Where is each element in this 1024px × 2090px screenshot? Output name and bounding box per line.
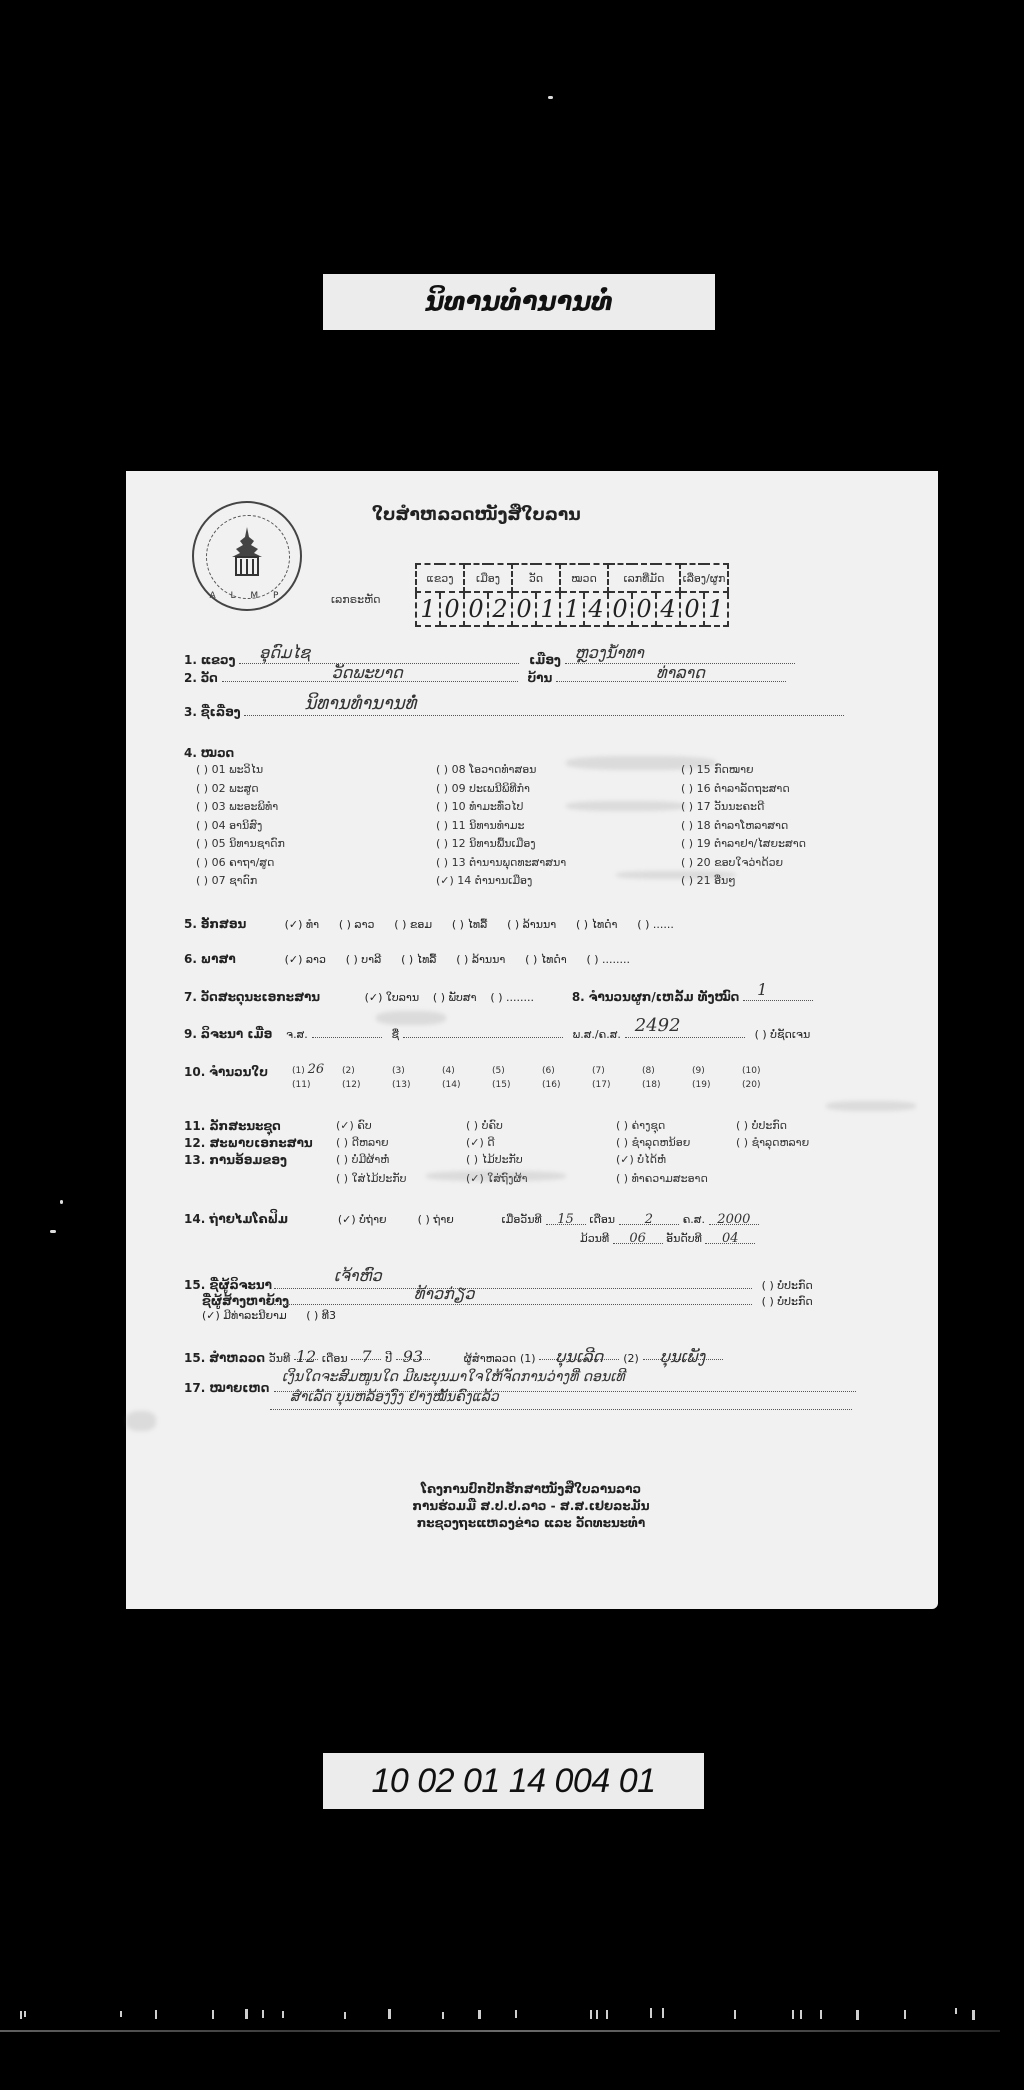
scribe-unclear-option[interactable]: ( ) ບໍ່ປະກົດ — [762, 1295, 813, 1308]
reel-code-text: 10 02 01 14 004 01 — [371, 1762, 655, 1801]
field-completeness-row: 11. ລັກສະນະຊຸດ — [184, 1119, 334, 1133]
language-option[interactable]: ( ) ໄທລື້ — [401, 953, 436, 966]
field-value-title: ນິທານທຳນານທໍ່ — [244, 703, 844, 716]
field-remarks-row-2: ສຳເລັດ ບຸນຫລ້ອງງົງ ຢ່າງໝັ້ນຄົງແລ້ວ — [270, 1397, 852, 1413]
field-author-row: 15. ຊື່ຜູ້ລິຈະນາ ເຈ້າຫົວ ( ) ບໍ່ປະກົດ — [184, 1276, 813, 1292]
code-digit: 1 — [536, 592, 560, 626]
footer-line-project: ໂຄງການປົກປັກຮັກສາໜັງສືໃບລານລາວ — [336, 1481, 726, 1498]
code-digit: 4 — [656, 592, 680, 626]
microfilm-frame: 04 — [705, 1231, 755, 1244]
category-option[interactable]: ( ) 02 ພະສູດ — [196, 780, 285, 799]
field-title-row: 3. ຊື່ເລື່ອງ ນິທານທຳນານທໍ່ — [184, 703, 844, 719]
film-speck — [548, 96, 553, 99]
microfilm-day: 15 — [546, 1212, 586, 1225]
material-option[interactable]: ( ) ພັບສາ — [433, 991, 477, 1004]
field-remarks-row: 17. ໝາຍເຫດ ເງິນໃດຈະສົມໜູນໃດ ມີພະບຸນມາໃຈໃ… — [184, 1379, 856, 1395]
category-option[interactable]: ( ) 04 ອານິສົງ — [196, 817, 285, 836]
microfilm-roll-row: ມ້ວນທີ 06 ອັນດັບທີ 04 — [580, 1231, 755, 1245]
field-label-author: 15. ຊື່ຜູ້ລິຈະນາ — [184, 1278, 270, 1292]
field-label-microfilm: 14. ຖ່າຍໄມໂຄຟິມ — [184, 1212, 334, 1226]
material-option-other[interactable]: ( ) ........ — [490, 991, 534, 1004]
wrapping-options: ( ) ບໍ່ມີຜ້າຫໍ່( ) ໄມ້ປະກັບ(✓) ບໍ່ໄດ້ຫໍ່… — [336, 1151, 708, 1188]
field-label-leaf-count: ຈຳນວນໃບ — [209, 1065, 268, 1079]
scan-smudge — [426, 1171, 566, 1181]
code-header-story: ເລື່ອງ/ຜູກ — [680, 564, 728, 592]
field-value-village: ທ່າລາດ — [556, 669, 786, 682]
field-value-cs-year[interactable] — [312, 1025, 382, 1038]
category-option[interactable]: ( ) 06 ຄາຖາ/ສູດ — [196, 854, 285, 873]
code-header-province: ແຂວງ — [416, 564, 464, 592]
code-header-district: ເມືອງ — [464, 564, 512, 592]
category-option[interactable]: ( ) 19 ຕຳລາຢາ/ໄສຍະສາດ — [681, 835, 806, 854]
category-option[interactable]: ( ) 07 ຊາດົກ — [196, 872, 285, 891]
code-header-bundle-no: ເລກທີ່ມັດ — [608, 564, 680, 592]
language-option[interactable]: ( ) ບາລີ — [346, 953, 382, 966]
code-digit: 4 — [584, 592, 608, 626]
code-digit: 0 — [680, 592, 704, 626]
category-option[interactable]: ( ) 20 ຂອບໃຈວ່າດ້ວຍ — [681, 854, 806, 873]
field-label-scribe: ຊື່ຜູ້ສ້າງຫາຍ້າງ — [202, 1294, 270, 1308]
condition-option[interactable]: ( ) ດີຫລາຍ — [336, 1134, 466, 1153]
category-option[interactable]: ( ) 09 ປະເພນີພິທີກຳ — [436, 780, 566, 799]
category-option[interactable]: ( ) 12 ນິທານພື້ນເມືອງ — [436, 835, 566, 854]
category-column-2: ( ) 08 ໂອວາດທຳສອນ ( ) 09 ປະເພນີພິທີກຳ ( … — [436, 761, 566, 891]
field-label-province: ແຂວງ — [201, 653, 236, 667]
field-label-composed: ລິຈະນາ ເມື່ອ — [201, 1027, 273, 1041]
film-speck — [60, 1200, 63, 1204]
field-leaf-count-row: 10. ຈຳນວນໃບ — [184, 1065, 268, 1079]
completeness-option-selected[interactable]: (✓) ຄົບ — [336, 1117, 466, 1136]
script-option[interactable]: ( ) ຂອມ — [394, 918, 432, 931]
condition-options: ( ) ດີຫລາຍ(✓) ດີ( ) ຊຳລຸດຫນ້ອຍ( ) ຊຳລຸດຫ… — [336, 1134, 809, 1153]
condition-option[interactable]: ( ) ຊຳລຸດຫລາຍ — [736, 1136, 809, 1149]
footer-line-ministry: ກະຊວງຖະແຫລງຂ່າວ ແລະ ວັດທະນະທຳ — [336, 1515, 726, 1532]
survey-month: 7 — [351, 1347, 381, 1360]
field-label-survey: ສຳຫລວດ — [209, 1351, 265, 1365]
author-unclear-option[interactable]: ( ) ບໍ່ປະກົດ — [762, 1279, 813, 1292]
code-digit: 0 — [608, 592, 632, 626]
script-option[interactable]: ( ) ໄທດຳ — [576, 918, 617, 931]
film-strip-edge — [0, 2030, 1000, 2032]
temple-icon — [230, 527, 264, 577]
microfilm-option[interactable]: ( ) ຖ່າຍ — [418, 1213, 498, 1226]
field-language-row: 6. ພາສາ (✓) ລາວ ( ) ບາລີ ( ) ໄທລື້ ( ) ລ… — [184, 952, 630, 966]
completeness-options: (✓) ຄົບ( ) ບໍ່ຄົບ( ) ຄ່າງຊຸດ( ) ບໍ່ປະກົດ — [336, 1117, 787, 1136]
field-value-scribe: ທ້າວກ່ຽວ — [274, 1292, 752, 1305]
scan-smudge — [566, 756, 716, 770]
language-option-selected[interactable]: (✓) ລາວ — [285, 953, 326, 966]
code-digit: 0 — [512, 592, 536, 626]
scan-smudge — [566, 801, 686, 811]
leaf-count-grid: (1) 26(2)(3)(4)(5)(6)(7)(8)(9)(10) (11)(… — [292, 1063, 792, 1092]
field-condition-row: 12. ສະພາບເອກະສານ — [184, 1136, 313, 1150]
category-option[interactable]: ( ) 01 ພະວິໄນ — [196, 761, 285, 780]
field-value-temple: ວັດພະບາດ — [222, 669, 518, 682]
category-column-1: ( ) 01 ພະວິໄນ ( ) 02 ພະສູດ ( ) 03 ພະອະພິ… — [196, 761, 285, 891]
colophon-option-selected[interactable]: (✓) ມີທ່າລະນີຍາມ — [202, 1309, 287, 1322]
category-option[interactable]: ( ) 11 ນິທານທຳມະ — [436, 817, 566, 836]
footer-line-cooperation: ການຮ່ວມມື ສ.ປ.ປ.ລາວ - ສ.ສ.ເຢຍລະມັນ — [336, 1498, 726, 1515]
scan-smudge — [126, 1411, 156, 1431]
material-option-selected[interactable]: (✓) ໃບລານ — [365, 991, 420, 1004]
code-digit: 0 — [632, 592, 656, 626]
microfilm-year: 2000 — [709, 1212, 759, 1225]
seal-logo: A L M P — [192, 501, 302, 611]
surveyor-1: ບຸນເລີດ — [539, 1347, 619, 1360]
scan-smudge — [616, 871, 736, 879]
scan-smudge — [376, 1011, 446, 1025]
code-digit: 1 — [704, 592, 728, 626]
field-category-heading: 4. ໝວດ — [184, 746, 234, 760]
surveyor-2: ບຸນເພັງ — [643, 1347, 723, 1360]
field-label-temple: ວັດ — [201, 671, 218, 685]
field-value-be-year: 2492 — [625, 1025, 745, 1038]
code-table: ແຂວງ ເມືອງ ວັດ ໝວດ ເລກທີ່ມັດ ເລື່ອງ/ຜູກ … — [415, 563, 729, 627]
category-option[interactable]: ( ) 08 ໂອວາດທຳສອນ — [436, 761, 566, 780]
script-option-other[interactable]: ( ) ...... — [637, 918, 674, 931]
colophon-option[interactable]: ( ) ທີ3 — [306, 1309, 336, 1322]
condition-option[interactable]: ( ) ຊຳລຸດຫນ້ອຍ — [616, 1134, 736, 1153]
wrapping-option[interactable]: ( ) ທຳຄວາມສະອາດ — [616, 1172, 708, 1185]
field-label-wrapping: 13. ການອ້ອມຂອງ — [184, 1153, 287, 1167]
title-label-text: ນິທານທຳນານທໍ່ — [425, 287, 612, 317]
field-label-condition: 12. ສະພາບເອກະສານ — [184, 1136, 313, 1150]
form-footer: ໂຄງການປົກປັກຮັກສາໜັງສືໃບລານລາວ ການຮ່ວມມື… — [336, 1481, 726, 1532]
microfilm-roll: 06 — [613, 1231, 663, 1244]
wrapping-option[interactable]: ( ) ໄມ້ປະກັບ — [466, 1151, 616, 1170]
category-option[interactable]: ( ) 13 ຕຳນານພຸດທະສາສນາ — [436, 854, 566, 873]
script-option[interactable]: ( ) ລ້ານນາ — [507, 918, 556, 931]
microfilm-option-selected[interactable]: (✓) ບໍ່ຖ່າຍ — [338, 1213, 414, 1226]
field-label-bundle-count: ຈຳນວນຜູກ/ເຫລັ້ມ ທັງໝົດ — [589, 990, 740, 1004]
script-option-selected[interactable]: (✓) ທຳ — [285, 918, 319, 931]
leaf-count-row-2: (11)(12)(13)(14)(15)(16)(17)(18)(19)(20) — [292, 1078, 792, 1092]
category-option[interactable]: ( ) 03 ພະອະພິທຳ — [196, 798, 285, 817]
microfilm-month: 2 — [619, 1212, 679, 1225]
language-option[interactable]: ( ) ໄທດຳ — [525, 953, 566, 966]
category-option[interactable]: ( ) 17 ວັນນະຄະດີ — [681, 798, 806, 817]
title-label-strip: ນິທານທຳນານທໍ່ — [323, 274, 715, 330]
field-survey-row: 15. ສຳຫລວດ ວັນທີ 12 ເດືອນ 7 ປີ 93 ຜູ້ສຳຫ… — [184, 1347, 723, 1365]
code-digit: 0 — [464, 592, 488, 626]
script-option[interactable]: ( ) ໄທລື້ — [452, 918, 487, 931]
leaf-count-row-1: (1) 26(2)(3)(4)(5)(6)(7)(8)(9)(10) — [292, 1063, 792, 1078]
field-label-village: ບ້ານ — [527, 671, 552, 685]
category-option-selected[interactable]: (✓) 14 ຕຳນານເມືອງ — [436, 872, 566, 891]
code-table-header-row: ແຂວງ ເມືອງ ວັດ ໝວດ ເລກທີ່ມັດ ເລື່ອງ/ຜູກ — [416, 564, 728, 592]
field-colophon-row: (✓) ມີທ່າລະນີຍາມ ( ) ທີ3 — [202, 1309, 336, 1322]
code-digit: 1 — [560, 592, 584, 626]
film-strip-marks — [0, 2008, 1024, 2022]
field-label-district: ເມືອງ — [529, 653, 561, 667]
code-digit: 1 — [416, 592, 440, 626]
language-option[interactable]: ( ) ລ້ານນາ — [456, 953, 505, 966]
code-table-digit-row: 1 0 0 2 0 1 1 4 0 0 4 0 1 — [416, 592, 728, 626]
survey-form-page: A L M P ໃບສຳຫລວດໜັງສືໃບລານ ເລກຣະຫັດ ແຂວງ… — [126, 471, 938, 1609]
field-label-script: ອັກສອນ — [201, 917, 281, 931]
field-value-author: ເຈ້າຫົວ — [274, 1276, 752, 1289]
field-label-remarks: 17. ໝາຍເຫດ — [184, 1381, 270, 1395]
category-option[interactable]: ( ) 10 ທຳມະທົ່ວໄປ — [436, 798, 566, 817]
field-wrapping-row: 13. ການອ້ອມຂອງ — [184, 1153, 287, 1167]
wrapping-option-selected[interactable]: (✓) ບໍ່ໄດ້ຫໍ່ — [616, 1153, 666, 1166]
script-option[interactable]: ( ) ລາວ — [339, 918, 375, 931]
code-digit: 2 — [488, 592, 512, 626]
category-option[interactable]: ( ) 16 ຕຳລາລັດຖະສາດ — [681, 780, 806, 799]
survey-day: 12 — [294, 1347, 318, 1360]
language-option-other[interactable]: ( ) ........ — [586, 953, 630, 966]
seal-text: A L M P — [194, 591, 300, 601]
scan-smudge — [826, 1101, 916, 1111]
field-material-row: 7. ວັດສະດຸນະເອກະສານ (✓) ໃບລານ ( ) ພັບສາ … — [184, 988, 813, 1004]
category-option[interactable]: ( ) 05 ນິທານຊາດົກ — [196, 835, 285, 854]
field-value-bundle-count: 1 — [743, 988, 813, 1001]
field-label-title: ຊື່ເລື່ອງ — [201, 705, 241, 719]
field-script-row: 5. ອັກສອນ (✓) ທຳ ( ) ລາວ ( ) ຂອມ ( ) ໄທລ… — [184, 917, 674, 931]
condition-option-selected[interactable]: (✓) ດີ — [466, 1134, 616, 1153]
field-value-remarks-line-2: ສຳເລັດ ບຸນຫລ້ອງງົງ ຢ່າງໝັ້ນຄົງແລ້ວ — [270, 1397, 852, 1410]
composed-unclear-option[interactable]: ( ) ບໍ່ຊັດເຈນ — [755, 1028, 811, 1041]
form-title: ໃບສຳຫລວດໜັງສືໃບລານ — [372, 505, 581, 525]
film-speck — [50, 1230, 56, 1233]
field-scribe-row: ຊື່ຜູ້ສ້າງຫາຍ້າງ ທ້າວກ່ຽວ ( ) ບໍ່ປະກົດ — [202, 1292, 813, 1308]
field-label-material: ວັດສະດຸນະເອກະສານ — [201, 990, 361, 1004]
survey-year: 93 — [396, 1347, 430, 1360]
wrapping-option[interactable]: ( ) ບໍ່ມີຜ້າຫໍ່ — [336, 1151, 466, 1170]
completeness-option[interactable]: ( ) ບໍ່ຄົບ — [466, 1117, 616, 1136]
field-value-year-name[interactable] — [403, 1025, 563, 1038]
code-prefix-label: ເລກຣະຫັດ — [331, 593, 381, 606]
reel-code-label: 10 02 01 14 004 01 — [323, 1753, 704, 1809]
field-composed-row: 9. ລິຈະນາ ເມື່ອ ຈ.ສ. ຊື່ ພ.ສ./ຄ.ສ. 2492 … — [184, 1025, 810, 1041]
category-option[interactable]: ( ) 18 ຕຳລາໂຫລາສາດ — [681, 817, 806, 836]
field-label-language: ພາສາ — [201, 952, 281, 966]
field-temple-row: 2. ວັດ ວັດພະບາດ ບ້ານ ທ່າລາດ — [184, 669, 786, 685]
code-header-category: ໝວດ — [560, 564, 608, 592]
field-microfilm-row: 14. ຖ່າຍໄມໂຄຟິມ (✓) ບໍ່ຖ່າຍ ( ) ຖ່າຍ ເມື… — [184, 1212, 759, 1226]
field-label-completeness: 11. ລັກສະນະຊຸດ — [184, 1119, 334, 1133]
completeness-option[interactable]: ( ) ບໍ່ປະກົດ — [736, 1119, 787, 1132]
code-header-temple: ວັດ — [512, 564, 560, 592]
code-digit: 0 — [440, 592, 464, 626]
completeness-option[interactable]: ( ) ຄ່າງຊຸດ — [616, 1117, 736, 1136]
